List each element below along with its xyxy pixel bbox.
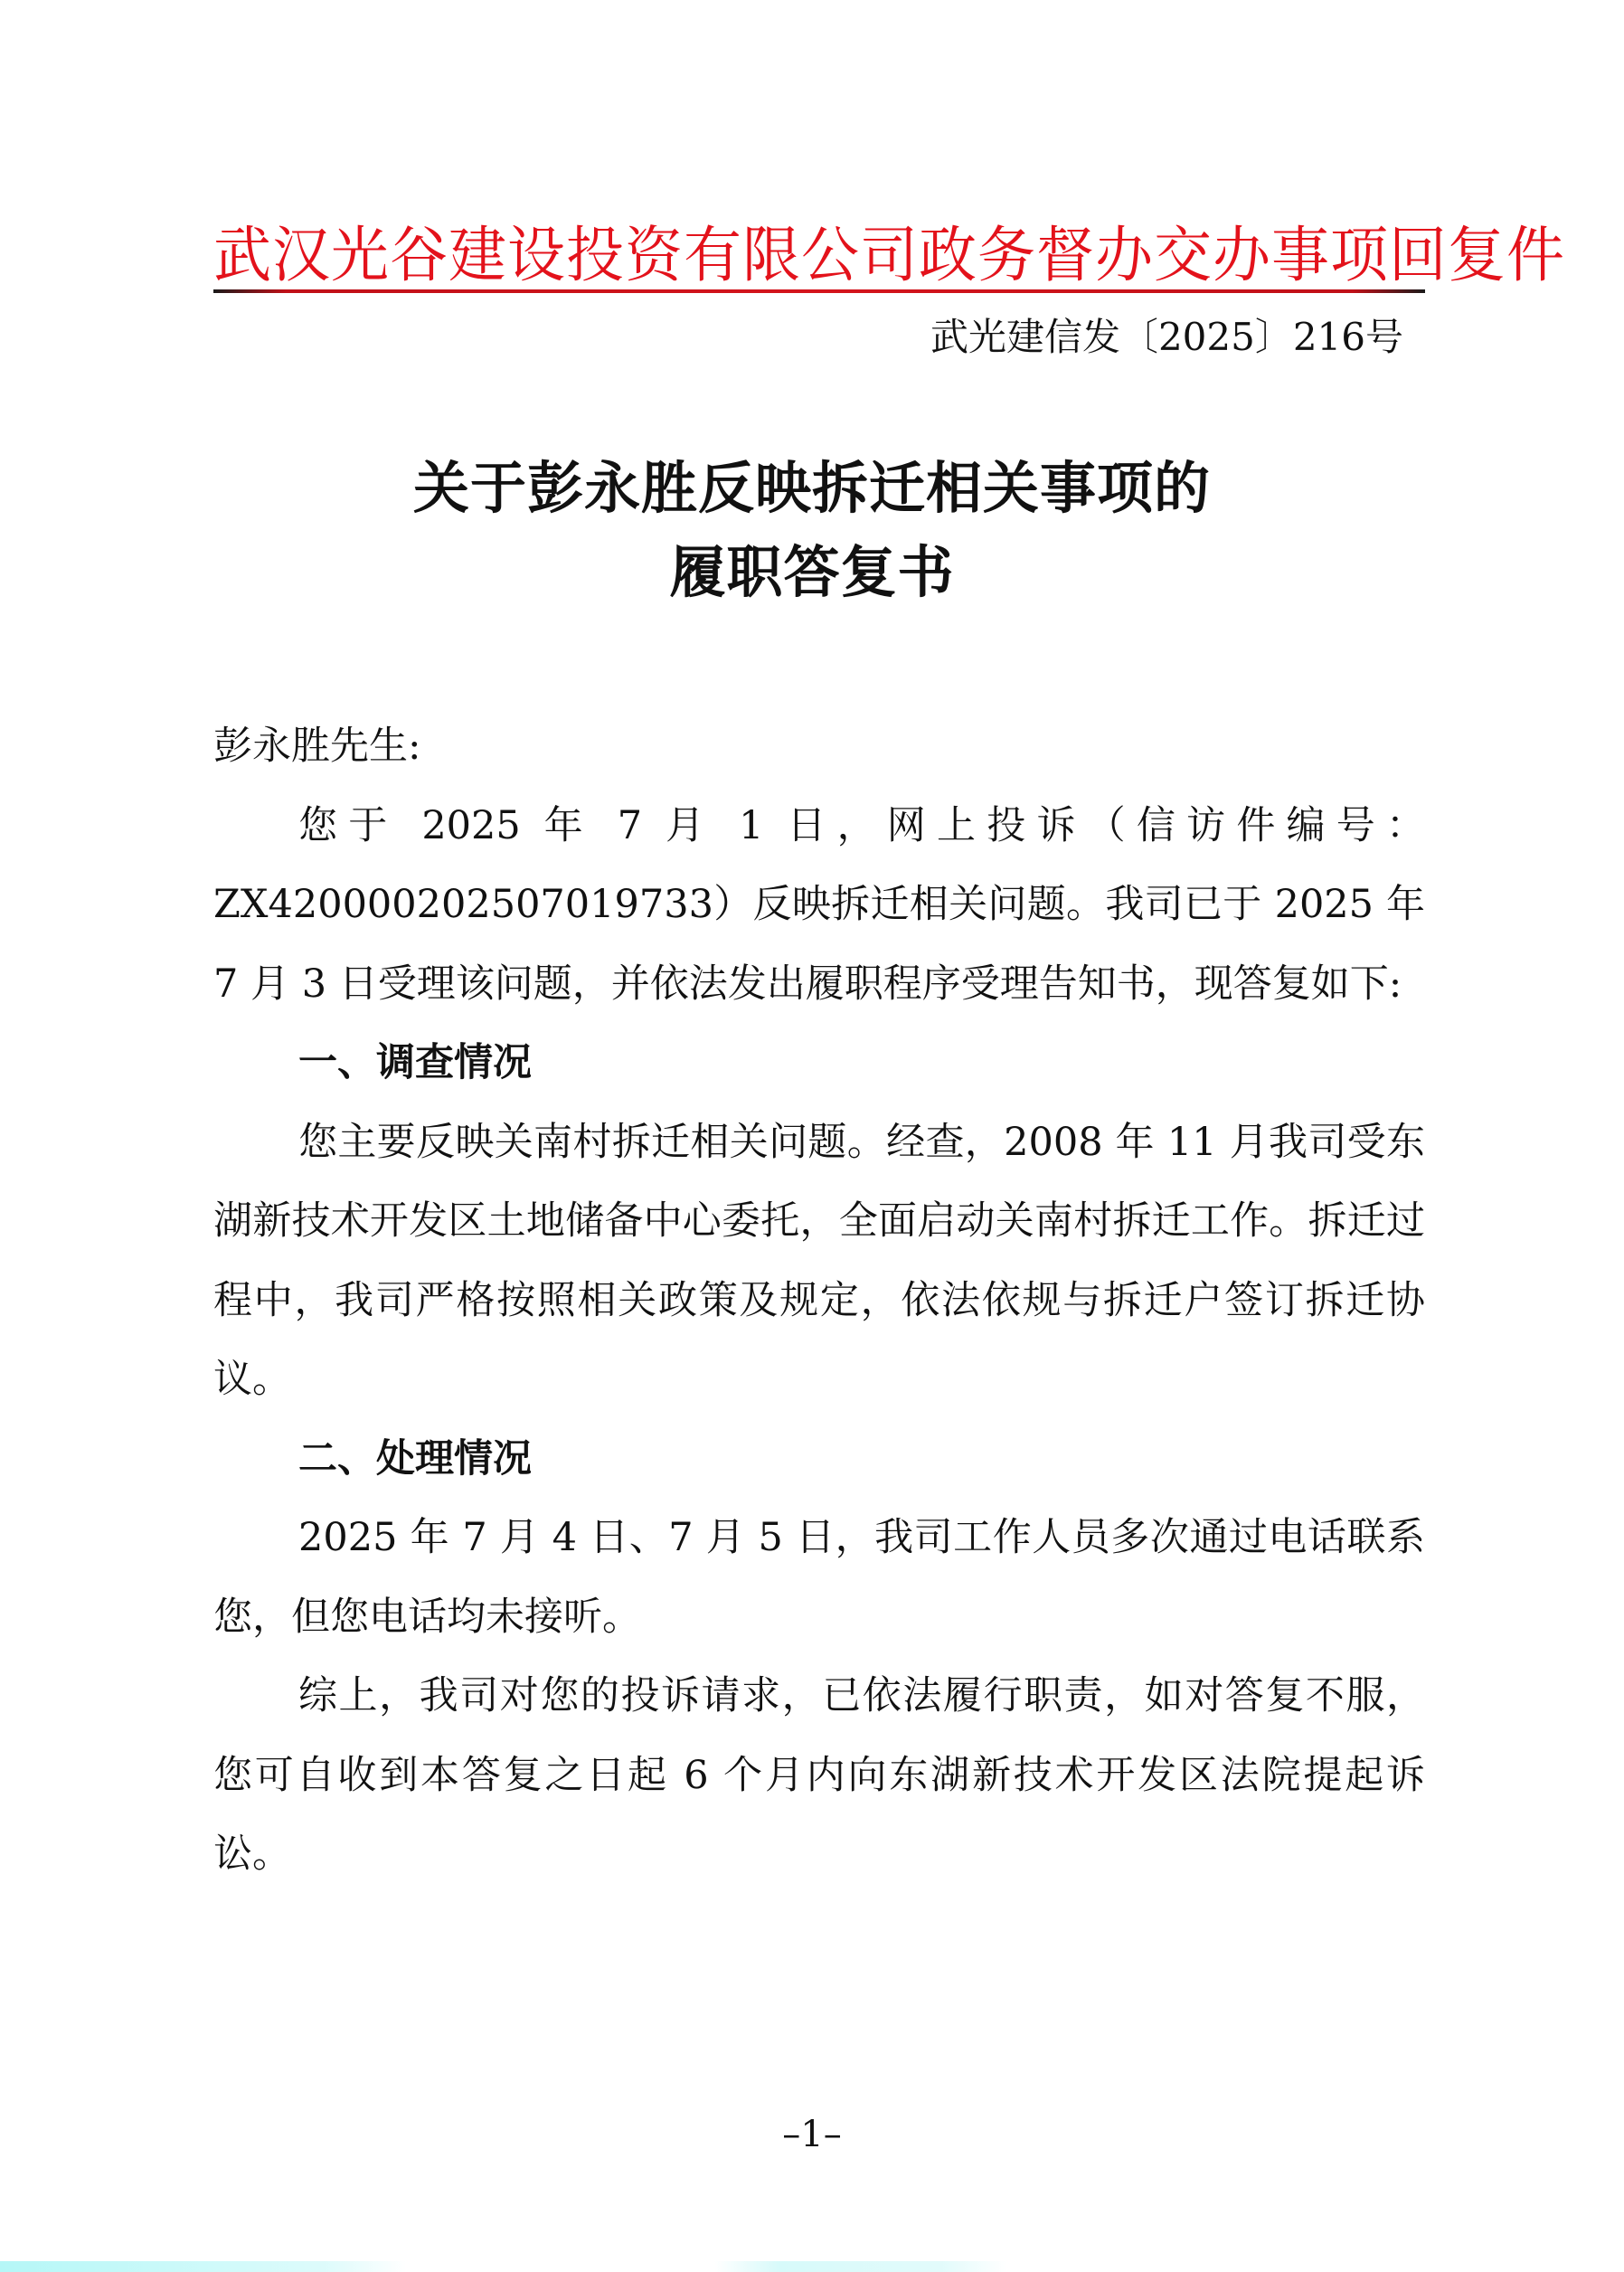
conclusion-paragraph: 综上，我司对您的投诉请求，已依法履行职责，如对答复不服，您可自收到本答复之日起 …: [213, 1657, 1425, 1895]
scan-edge-artifact: [0, 2261, 1624, 2272]
intro-paragraph: 您于 2025 年 7 月 1 日，网上投诉（信访件编号：ZX420000202…: [213, 787, 1425, 1025]
page-title-line-1: 关于彭永胜反映拆迁相关事项的: [0, 452, 1624, 525]
letter-body: 彭永胜先生: 您于 2025 年 7 月 1 日，网上投诉（信访件编号：ZX42…: [213, 707, 1425, 1895]
page-title-line-2: 履职答复书: [0, 536, 1624, 609]
investigation-paragraph: 您主要反映关南村拆迁相关问题。经查，2008 年 11 月我司受东湖新技术开发区…: [213, 1103, 1425, 1420]
handling-paragraph: 2025 年 7 月 4 日、7 月 5 日，我司工作人员多次通过电话联系您，但…: [213, 1499, 1425, 1657]
section-heading-investigation: 一、调查情况: [213, 1024, 1425, 1103]
issuer-red-header: 武汉光谷建设投资有限公司政务督办交办事项回复件: [213, 220, 1425, 292]
document-number: 武光建信发〔2025〕216号: [930, 310, 1403, 364]
section-heading-handling: 二、处理情况: [213, 1420, 1425, 1500]
header-divider-rule: [213, 289, 1425, 293]
page-number: –1–: [0, 2112, 1624, 2157]
document-page: 武汉光谷建设投资有限公司政务督办交办事项回复件 武光建信发〔2025〕216号 …: [0, 0, 1624, 2272]
salutation: 彭永胜先生:: [213, 707, 1425, 787]
